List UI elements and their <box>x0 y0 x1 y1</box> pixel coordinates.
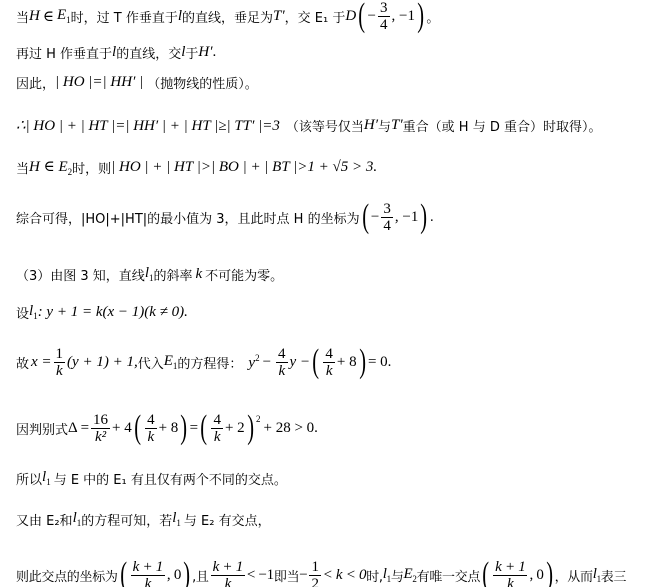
left-paren: ( <box>358 0 365 33</box>
text: 当 <box>16 158 29 177</box>
math-var: H <box>29 8 40 25</box>
text: 不可能为零。 <box>205 265 283 284</box>
text: 与 <box>378 116 391 135</box>
text: ，交 E₁ 于 <box>285 7 346 26</box>
text: 与 <box>391 566 404 585</box>
text-line-3: 因此， | HO |=| HH′ | （抛物线的性质）。 <box>16 62 258 102</box>
text-line-6: 综合可得，|HO|+|HT|的最小值为 3，且此时点 H 的坐标为 ( − 34… <box>16 197 434 237</box>
right-paren: ) <box>421 200 428 234</box>
text: 因判别式 <box>16 419 68 438</box>
math-text: < −1 <box>247 567 274 584</box>
text: 所以 <box>16 469 42 488</box>
math-text: , −1 <box>392 8 415 25</box>
text: 因此， <box>16 73 55 92</box>
text: 综合可得，|HO|+|HT|的最小值为 3，且此时点 H 的坐标为 <box>16 208 360 227</box>
text: 的直线，垂足为 <box>182 7 273 26</box>
text: 的斜率 <box>153 265 192 284</box>
text-line-8: 设 l1 : y + 1 = k(x − 1)(k ≠ 0). <box>16 292 188 332</box>
math-symbol: ∈ <box>43 7 54 26</box>
math-var: E2 <box>404 566 417 584</box>
text: 当 <box>16 7 29 26</box>
fraction: 34 <box>378 0 390 33</box>
text: 又由 E₂和 <box>16 510 73 529</box>
math-symbol: = <box>190 420 198 437</box>
math-expression: y − <box>290 354 311 371</box>
text-line-10: 因判别式 Δ = 16k² + 4 ( 4k + 8 ) = ( 4k + 2 … <box>16 408 318 448</box>
math-var: l1 <box>593 566 601 584</box>
math-var: T′ <box>273 8 285 25</box>
left-paren: ( <box>482 558 489 587</box>
text: 与 E₂ 有交点， <box>184 510 271 529</box>
text: 的直线，交 <box>116 43 181 62</box>
fraction: 34 <box>381 201 393 234</box>
math-text: + 8 <box>337 354 357 371</box>
math-symbol: − <box>371 209 379 226</box>
text-line-1: 当 H ∈ E1 时，过 T 作垂直于 l 的直线，垂足为 T′ ，交 E₁ 于… <box>16 0 439 36</box>
math-var: E1 <box>164 353 178 371</box>
fraction: 1k <box>54 346 66 379</box>
fraction: k + 1k <box>493 559 527 587</box>
math-text: + 2 <box>225 420 245 437</box>
text-line-5: 当 H ∈ E2 时，则 | HO | + | HT |>| BO | + | … <box>16 147 377 187</box>
text-line-9: 故 x = 1k (y + 1) + 1, 代入 E1 的方程得： y2 − 4… <box>16 342 391 382</box>
math-expression: Δ = <box>68 420 89 437</box>
math-expression: ∴| HO | + | HT |=| HH′ | + | HT |≥| TT′ … <box>16 116 280 135</box>
text: 时，过 T 作垂直于 <box>71 7 178 26</box>
right-paren: ) <box>181 411 188 445</box>
math-text: , −1 <box>395 209 418 226</box>
text: 与 E 中的 E₁ 有且仅有两个不同的交点。 <box>54 469 287 488</box>
text: 重合（或 H 与 D 重合）时取得）。 <box>403 116 602 135</box>
math-symbol: − <box>299 567 307 584</box>
math-var: H′ <box>198 44 212 61</box>
math-var: l1 <box>29 303 38 321</box>
fraction: 4k <box>276 346 288 379</box>
math-var: D <box>345 8 356 25</box>
math-text: = 0. <box>368 354 391 371</box>
text: . <box>430 210 434 225</box>
math-text: , 0 <box>167 567 181 584</box>
math-var: T′ <box>391 117 403 134</box>
text: （抛物线的性质）。 <box>147 73 258 92</box>
text-line-12: 又由 E₂和 l1 的方程可知，若 l1 与 E₂ 有交点， <box>16 499 271 539</box>
fraction: 4k <box>145 412 157 445</box>
fraction: 4k <box>323 346 335 379</box>
text: 则此交点的坐标为 <box>16 566 118 585</box>
math-var: l1 <box>73 510 82 528</box>
text: 即当 <box>274 566 299 585</box>
text: 。 <box>426 7 439 26</box>
math-expression: | HO | + | HT |>| BO | + | BT |>1 + √5 >… <box>111 159 377 176</box>
math-expression: : y + 1 = k(x − 1)(k ≠ 0). <box>38 304 188 321</box>
math-var: y2 <box>248 353 259 372</box>
text: 再过 H 作垂直于 <box>16 43 112 62</box>
math-expression: < k < 0 <box>323 567 367 584</box>
fraction: 16k² <box>91 412 110 445</box>
math-var: l1 <box>145 265 154 283</box>
text: 故 <box>16 353 29 372</box>
left-paren: ( <box>120 558 127 587</box>
math-var: E1 <box>57 7 71 25</box>
text: 有唯一交点 <box>417 566 481 585</box>
right-paren: ) <box>359 345 366 379</box>
math-symbol: − <box>368 8 376 25</box>
fraction: k + 1k <box>131 559 165 587</box>
text: 设 <box>16 303 29 322</box>
math-expression: (y + 1) + 1, <box>67 354 138 371</box>
text: ，从而 <box>555 566 593 585</box>
left-paren: ( <box>362 200 369 234</box>
math-symbol: − <box>263 354 271 371</box>
math-text: , 0 <box>529 567 543 584</box>
left-paren: ( <box>312 345 319 379</box>
math-expression: H ∈ E2 <box>29 157 72 177</box>
text: 的方程得： <box>177 353 242 372</box>
math-text: + 28 > 0. <box>263 420 317 437</box>
left-paren: ( <box>200 411 207 445</box>
math-var: l1 <box>42 469 51 487</box>
text: . <box>213 44 217 61</box>
fraction: k + 1k <box>211 559 245 587</box>
right-paren: ) <box>247 411 254 445</box>
text: 的方程可知，若 <box>81 510 172 529</box>
text: 表三 <box>601 566 626 585</box>
text: 代入 <box>138 353 164 372</box>
text-line-7: （3）由图 3 知，直线 l1 的斜率 k 不可能为零。 <box>16 254 283 294</box>
fraction: 12 <box>309 559 320 587</box>
math-text: + 8 <box>159 420 179 437</box>
exponent: 2 <box>256 414 261 424</box>
text-line-11: 所以 l1 与 E 中的 E₁ 有且仅有两个不同的交点。 <box>16 458 287 498</box>
text: ,且 <box>192 566 209 585</box>
text: （3）由图 3 知，直线 <box>16 265 145 284</box>
fraction: 4k <box>211 412 223 445</box>
text: 于 <box>185 43 198 62</box>
right-paren: ) <box>417 0 424 33</box>
math-expression: | HO |=| HH′ | <box>55 74 143 91</box>
right-paren: ) <box>546 558 553 587</box>
right-paren: ) <box>183 558 190 587</box>
math-var: l1 <box>383 566 391 584</box>
left-paren: ( <box>134 411 141 445</box>
text: 时, <box>366 566 383 585</box>
math-var: k <box>196 266 203 283</box>
math-text: + 4 <box>112 420 132 437</box>
text-line-13: 则此交点的坐标为 ( k + 1k , 0 ) ,且 k + 1k < −1 即… <box>16 555 626 587</box>
text-line-4: ∴| HO | + | HT |=| HH′ | + | HT |≥| TT′ … <box>16 105 602 145</box>
math-var: H′ <box>364 117 378 134</box>
text: 时，则 <box>72 158 111 177</box>
math-var: l1 <box>172 510 181 528</box>
math-expression: x = <box>31 354 52 371</box>
text: （该等号仅当 <box>286 116 364 135</box>
